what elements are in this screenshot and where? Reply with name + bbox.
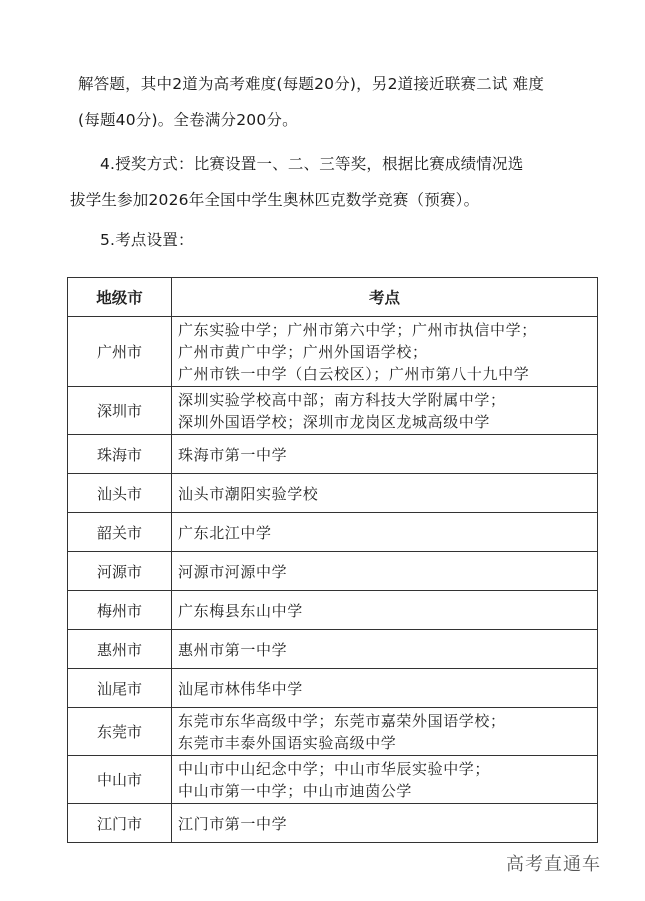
- sites-cell: 广东实验中学；广州市第六中学；广州市执信中学； 广州市黄广中学；广州外国语学校；…: [172, 317, 598, 387]
- sites-cell: 东莞市东华高级中学；东莞市嘉荣外国语学校； 东莞市丰泰外国语实验高级中学: [172, 708, 598, 756]
- site-line: 东莞市丰泰外国语实验高级中学: [178, 732, 591, 754]
- exam-sites-table: 地级市 考点 广州市 广东实验中学；广州市第六中学；广州市执信中学； 广州市黄广…: [67, 277, 598, 843]
- paragraph-line: 拔学生参加2026年全国中学生奥林匹克数学竞赛（预赛）。: [70, 182, 610, 218]
- city-cell: 广州市: [68, 317, 172, 387]
- site-line: 深圳外国语学校；深圳市龙岗区龙城高级中学: [178, 411, 591, 433]
- table-row: 河源市 河源市河源中学: [68, 552, 598, 591]
- city-cell: 江门市: [68, 804, 172, 843]
- paragraph-line: 解答题，其中2道为高考难度(每题20分)，另2道接近联赛二试 难度: [78, 66, 618, 102]
- table-row: 汕头市 汕头市潮阳实验学校: [68, 474, 598, 513]
- paragraph-exam-sites-heading: 5.考点设置：: [70, 222, 610, 258]
- city-cell: 中山市: [68, 756, 172, 804]
- table-row: 韶关市 广东北江中学: [68, 513, 598, 552]
- paragraph-awards: 4.授奖方式：比赛设置一、二、三等奖，根据比赛成绩情况选 拔学生参加2026年全…: [70, 146, 610, 218]
- table-header-row: 地级市 考点: [68, 278, 598, 317]
- table-row: 珠海市 珠海市第一中学: [68, 435, 598, 474]
- city-cell: 河源市: [68, 552, 172, 591]
- table-row: 江门市 江门市第一中学: [68, 804, 598, 843]
- section-heading: 5.考点设置：: [70, 222, 610, 258]
- watermark: 高考直通车: [506, 850, 601, 876]
- sites-cell: 江门市第一中学: [172, 804, 598, 843]
- table-row: 东莞市 东莞市东华高级中学；东莞市嘉荣外国语学校； 东莞市丰泰外国语实验高级中学: [68, 708, 598, 756]
- city-cell: 汕头市: [68, 474, 172, 513]
- table-row: 深圳市 深圳实验学校高中部；南方科技大学附属中学； 深圳外国语学校；深圳市龙岗区…: [68, 387, 598, 435]
- table-row: 梅州市 广东梅县东山中学: [68, 591, 598, 630]
- city-cell: 惠州市: [68, 630, 172, 669]
- sites-cell: 河源市河源中学: [172, 552, 598, 591]
- sites-cell: 广东北江中学: [172, 513, 598, 552]
- table-row: 中山市 中山市中山纪念中学；中山市华辰实验中学； 中山市第一中学；中山市迪茵公学: [68, 756, 598, 804]
- city-cell: 汕尾市: [68, 669, 172, 708]
- site-line: 东莞市东华高级中学；东莞市嘉荣外国语学校；: [178, 710, 591, 732]
- city-cell: 珠海市: [68, 435, 172, 474]
- sites-cell: 惠州市第一中学: [172, 630, 598, 669]
- site-line: 广州市铁一中学（白云校区）；广州市第八十九中学: [178, 363, 591, 385]
- city-cell: 深圳市: [68, 387, 172, 435]
- paragraph-line: (每题40分)。全卷满分200分。: [78, 102, 618, 138]
- table-row: 广州市 广东实验中学；广州市第六中学；广州市执信中学； 广州市黄广中学；广州外国…: [68, 317, 598, 387]
- sites-cell: 汕尾市林伟华中学: [172, 669, 598, 708]
- paragraph-scoring: 解答题，其中2道为高考难度(每题20分)，另2道接近联赛二试 难度 (每题40分…: [78, 66, 618, 138]
- site-line: 广州市黄广中学；广州外国语学校；: [178, 341, 591, 363]
- sites-cell: 中山市中山纪念中学；中山市华辰实验中学； 中山市第一中学；中山市迪茵公学: [172, 756, 598, 804]
- column-header-sites: 考点: [172, 278, 598, 317]
- table-row: 惠州市 惠州市第一中学: [68, 630, 598, 669]
- table-row: 汕尾市 汕尾市林伟华中学: [68, 669, 598, 708]
- site-line: 中山市中山纪念中学；中山市华辰实验中学；: [178, 758, 591, 780]
- paragraph-line: 4.授奖方式：比赛设置一、二、三等奖，根据比赛成绩情况选: [70, 146, 610, 182]
- site-line: 深圳实验学校高中部；南方科技大学附属中学；: [178, 389, 591, 411]
- site-line: 中山市第一中学；中山市迪茵公学: [178, 780, 591, 802]
- sites-cell: 珠海市第一中学: [172, 435, 598, 474]
- sites-cell: 深圳实验学校高中部；南方科技大学附属中学； 深圳外国语学校；深圳市龙岗区龙城高级…: [172, 387, 598, 435]
- sites-cell: 广东梅县东山中学: [172, 591, 598, 630]
- city-cell: 东莞市: [68, 708, 172, 756]
- column-header-city: 地级市: [68, 278, 172, 317]
- city-cell: 韶关市: [68, 513, 172, 552]
- city-cell: 梅州市: [68, 591, 172, 630]
- site-line: 广东实验中学；广州市第六中学；广州市执信中学；: [178, 319, 591, 341]
- sites-cell: 汕头市潮阳实验学校: [172, 474, 598, 513]
